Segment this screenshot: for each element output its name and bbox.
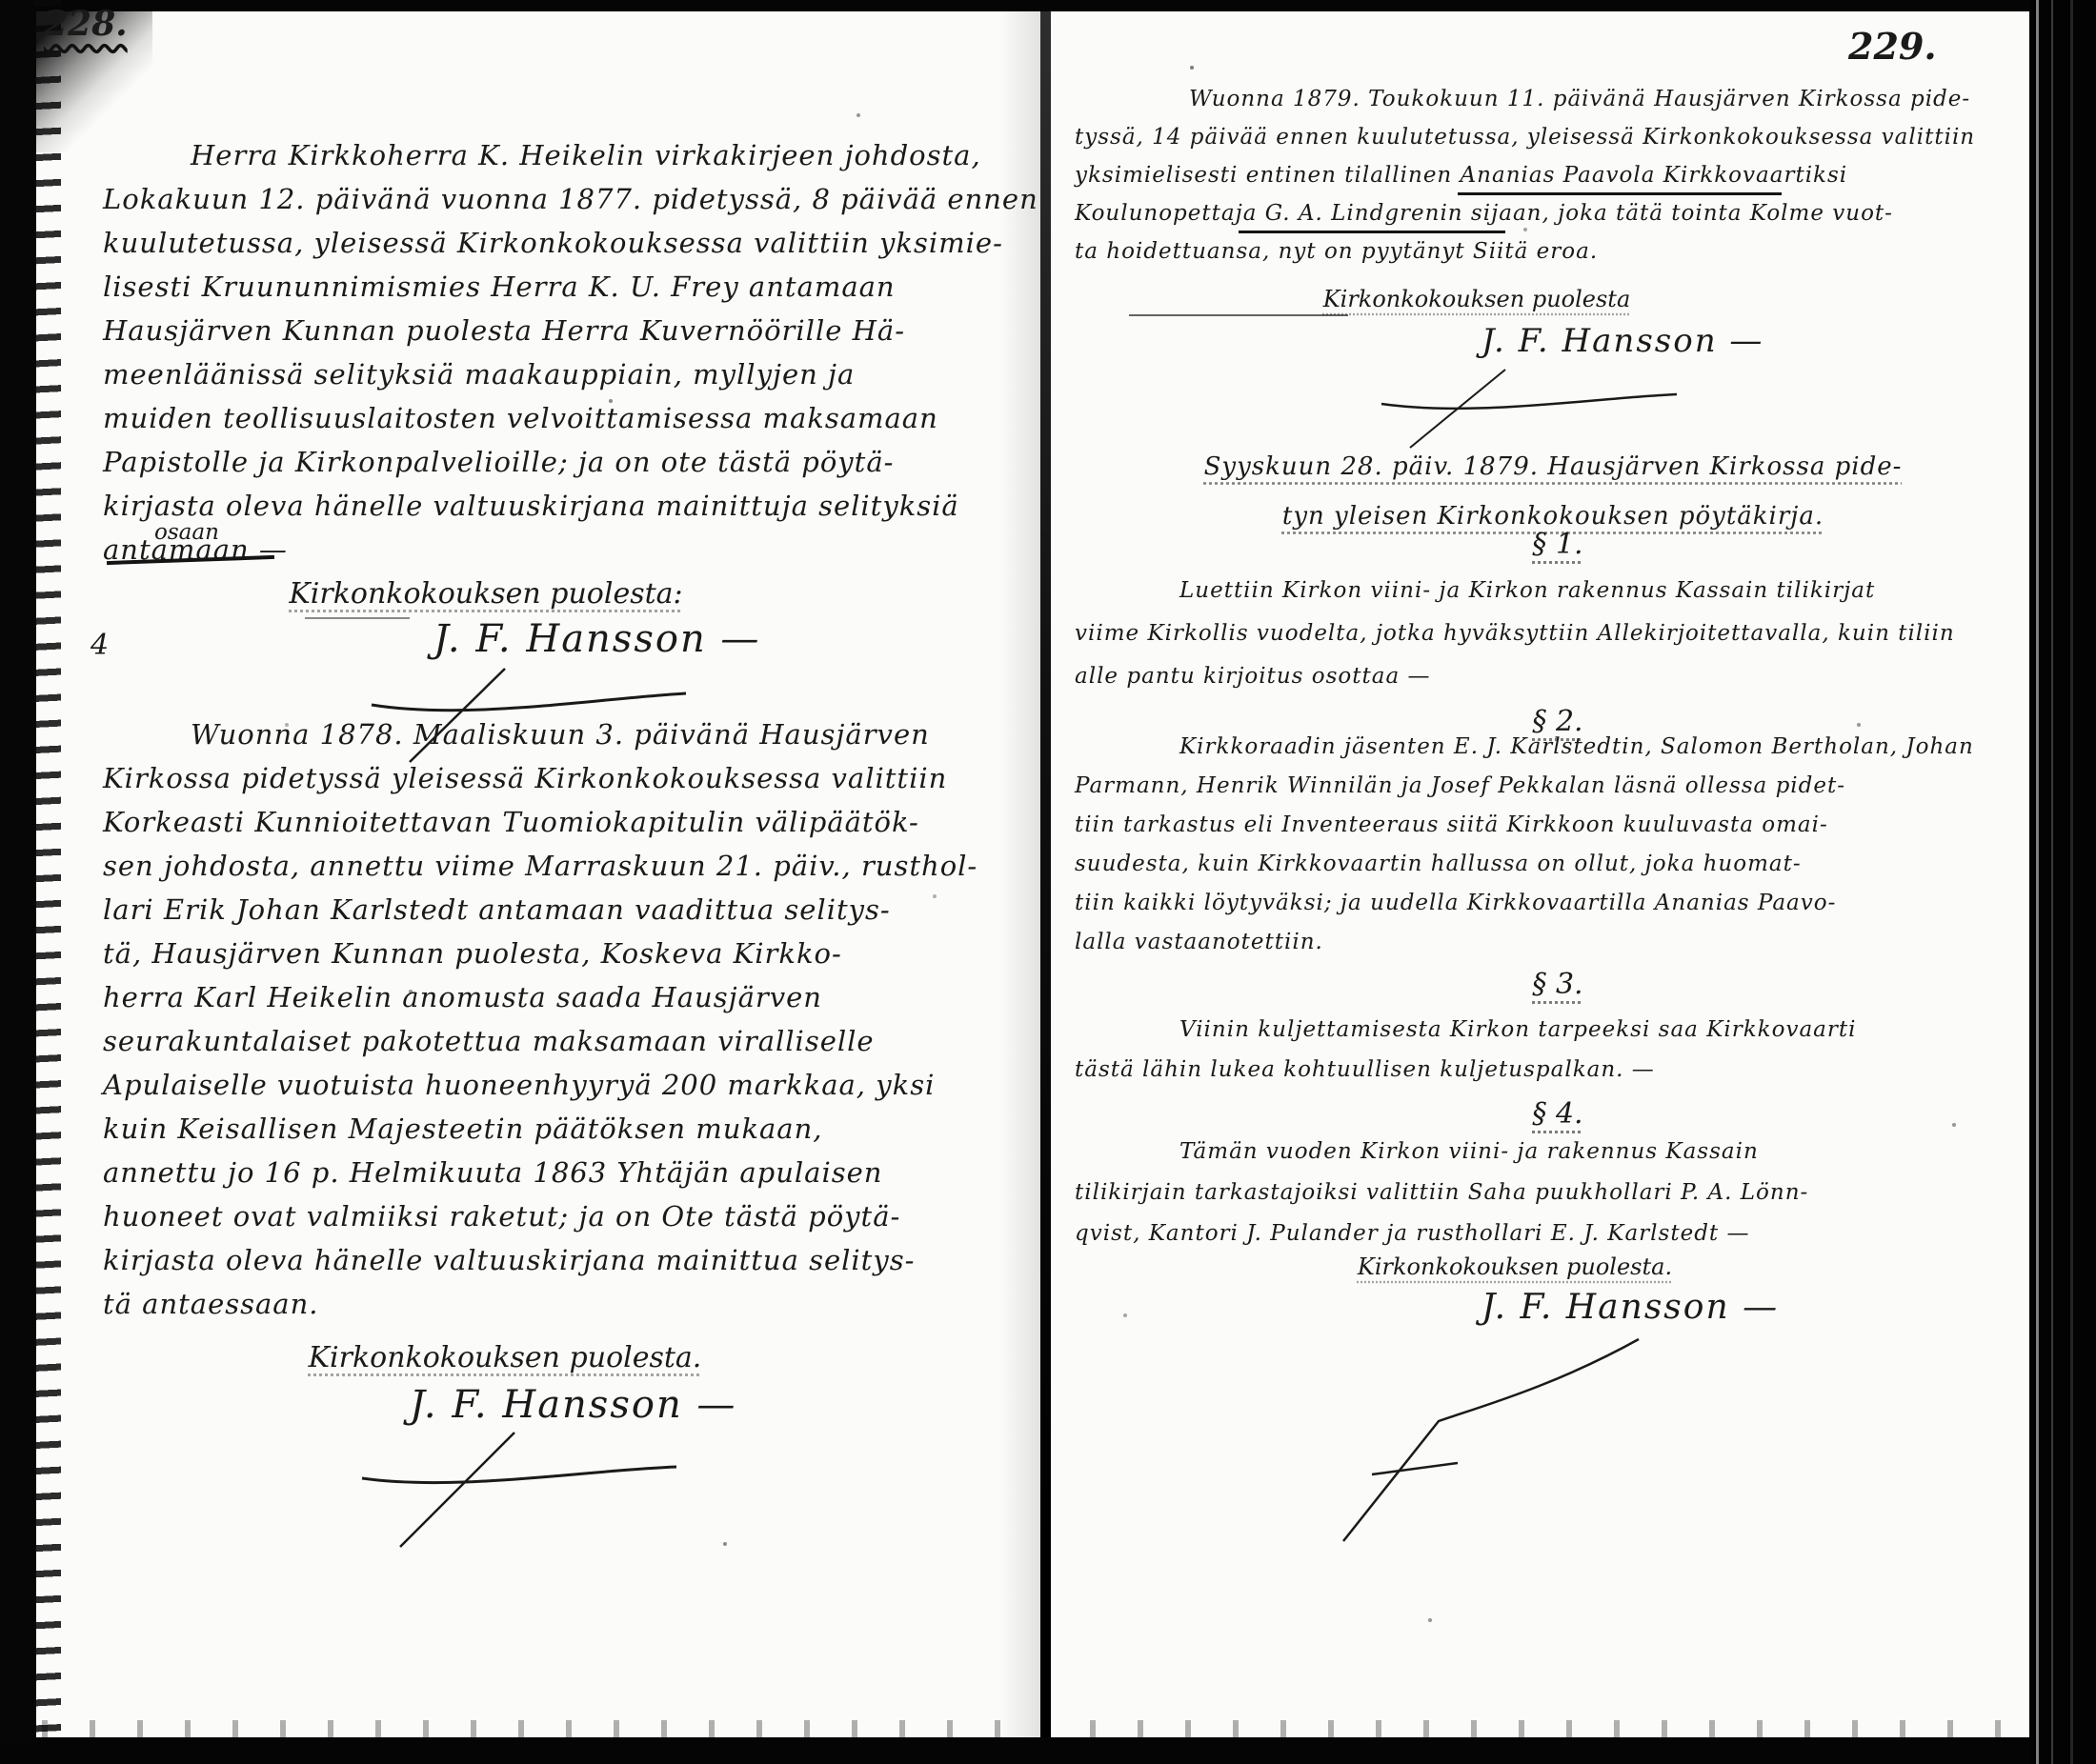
scan-border-right — [2029, 0, 2096, 1764]
text-line: muiden teollisuuslaitosten velvoittamise… — [103, 396, 1008, 440]
text-line: tilikirjain tarkastajoiksi valittiin Sah… — [1075, 1173, 2037, 1213]
section-number-3: § 3. — [1077, 968, 2039, 1001]
correction-word: osaan — [154, 520, 219, 545]
text-line: alle pantu kirjoitus osottaa — — [1075, 655, 2037, 698]
scanned-document-spread: 228. 229. Herra Kirkkoherra K. Heikelin … — [0, 0, 2096, 1764]
section-number-1: § 1. — [1077, 528, 2039, 561]
book-gutter — [1040, 11, 1051, 1737]
text-line: herra Karl Heikelin anomusta saada Hausj… — [103, 975, 1008, 1019]
text-line: Korkeasti Kunnioitettavan Tuomiokapituli… — [103, 800, 1008, 844]
left-paragraph-1: Herra Kirkkoherra K. Heikelin virkakirje… — [103, 133, 1008, 571]
text-line: huoneet ovat valmiiksi raketut; ja on Ot… — [103, 1194, 1008, 1238]
underline-rule — [305, 617, 410, 619]
text-line: lari Erik Johan Karlstedt antamaan vaadi… — [103, 888, 1008, 932]
text-line: Kirkossa pidetyssä yleisessä Kirkonkokou… — [103, 756, 1008, 800]
text-line: ta hoidettuansa, nyt on pyytänyt Siitä e… — [1075, 232, 2037, 271]
text-line: tä antaessaan. — [103, 1282, 1008, 1326]
text-line: Tämän vuoden Kirkon viini- ja rakennus K… — [1075, 1132, 2037, 1173]
page-number-right: 229. — [1848, 25, 1937, 68]
scan-border-top — [0, 0, 2096, 11]
scan-border-right-streak — [2070, 0, 2073, 1764]
left-paragraph-2: Wuonna 1878. Maaliskuun 3. päivänä Hausj… — [103, 712, 1008, 1326]
text-line: Lokakuun 12. päivänä vuonna 1877. pidety… — [103, 177, 1008, 221]
text-line: Herra Kirkkoherra K. Heikelin virkakirje… — [103, 133, 1008, 177]
text-line: qvist, Kantori J. Pulander ja rusthollar… — [1075, 1213, 2037, 1254]
text-line: Wuonna 1879. Toukokuun 11. päivänä Hausj… — [1075, 80, 2037, 118]
text-line: tiin tarkastus eli Inventeeraus siitä Ki… — [1075, 806, 2037, 845]
page-number-left: 228. — [44, 4, 128, 44]
text-line: lalla vastaanotettiin. — [1075, 923, 2037, 962]
signature-flourish — [1362, 366, 1686, 451]
section-1-text: Luettiin Kirkon viini- ja Kirkon rakennu… — [1075, 570, 2037, 698]
scan-border-left — [0, 0, 36, 1764]
text-line: kuin Keisallisen Majesteetin päätöksen m… — [103, 1107, 1008, 1151]
text-line: kirjasta oleva hänelle valtuuskirjana ma… — [103, 1238, 1008, 1282]
closing-formula: Kirkonkokouksen puolesta. — [238, 1341, 772, 1374]
name-underline-annotation — [1458, 192, 1782, 195]
text-line: meenläänissä selityksiä maakauppiain, my… — [103, 352, 1008, 396]
text-line: tiin kaikki löytyväksi; ja uudella Kirkk… — [1075, 884, 2037, 923]
signature: J. F. Hansson — — [1481, 1288, 1779, 1327]
section-2-text: Kirkkoraadin jäsenten E. J. Karlstedtin,… — [1075, 728, 2037, 962]
closing-formula: Kirkonkokouksen puolesta — [1210, 286, 1743, 312]
scan-border-left-fray — [34, 0, 61, 1764]
margin-mark: 4 — [91, 629, 109, 662]
text-line: tä, Hausjärven Kunnan puolesta, Koskeva … — [103, 932, 1008, 975]
text-line: Parmann, Henrik Winnilän ja Josef Pekkal… — [1075, 767, 2037, 806]
text-line: Kirkkoraadin jäsenten E. J. Karlstedtin,… — [1075, 728, 2037, 767]
text-line: kuulutetussa, yleisessä Kirkonkokouksess… — [103, 221, 1008, 265]
right-paragraph-1: Wuonna 1879. Toukokuun 11. päivänä Hausj… — [1075, 80, 2037, 271]
signature: J. F. Hansson — — [410, 1383, 736, 1427]
text-line: Luettiin Kirkon viini- ja Kirkon rakennu… — [1075, 570, 2037, 612]
signature: J. F. Hansson — — [433, 617, 760, 661]
signature-flourish — [1315, 1332, 1696, 1551]
text-line: tyssä, 14 päivää ennen kuulutetussa, yle… — [1075, 118, 2037, 156]
text-line: Koulunopettaja G. A. Lindgrenin sijaan, … — [1075, 194, 2037, 232]
protocol-heading: Syyskuun 28. päiv. 1879. Hausjärven Kirk… — [1105, 442, 2001, 541]
text-line: Wuonna 1878. Maaliskuun 3. päivänä Hausj… — [103, 712, 1008, 756]
text-line: viime Kirkollis vuodelta, jotka hyväksyt… — [1075, 612, 2037, 655]
name-underline-annotation — [1239, 231, 1505, 233]
text-line: antamaan — — [103, 528, 1008, 571]
text-line: sen johdosta, annettu viime Marraskuun 2… — [103, 844, 1008, 888]
text-line: lisesti Kruununnimismies Herra K. U. Fre… — [103, 265, 1008, 309]
scan-speckles — [0, 0, 2, 2]
text-line: Papistolle ja Kirkonpalvelioille; ja on … — [103, 440, 1008, 484]
underline-rule — [1129, 314, 1348, 316]
section-3-text: Viinin kuljettamisesta Kirkon tarpeeksi … — [1075, 1010, 2037, 1090]
text-line: seurakuntalaiset pakotettua maksamaan vi… — [103, 1019, 1008, 1063]
section-4-text: Tämän vuoden Kirkon viini- ja rakennus K… — [1075, 1132, 2037, 1254]
closing-formula: Kirkonkokouksen puolesta. — [1219, 1253, 1810, 1280]
text-line: Syyskuun 28. päiv. 1879. Hausjärven Kirk… — [1105, 442, 2001, 491]
closing-formula: Kirkonkokouksen puolesta: — [238, 577, 734, 611]
scan-border-bottom — [0, 1737, 2096, 1764]
text-line: annettu jo 16 p. Helmikuuta 1863 Yhtäjän… — [103, 1151, 1008, 1194]
section-number-4: § 4. — [1077, 1097, 2039, 1131]
text-line: suudesta, kuin Kirkkovaartin hallussa on… — [1075, 845, 2037, 884]
text-line: Viinin kuljettamisesta Kirkon tarpeeksi … — [1075, 1010, 2037, 1050]
text-line: tästä lähin lukea kohtuullisen kuljetusp… — [1075, 1050, 2037, 1090]
scan-border-right-streak — [2051, 0, 2053, 1764]
text-line: kirjasta oleva hänelle valtuuskirjana ma… — [103, 484, 1008, 528]
text-line: Apulaiselle vuotuista huoneenhyyryä 200 … — [103, 1063, 1008, 1107]
text-line: yksimielisesti entinen tilallinen Anania… — [1075, 156, 2037, 194]
signature: J. F. Hansson — — [1481, 322, 1763, 360]
text-line: Hausjärven Kunnan puolesta Herra Kuvernö… — [103, 309, 1008, 352]
signature-flourish — [324, 1429, 686, 1553]
